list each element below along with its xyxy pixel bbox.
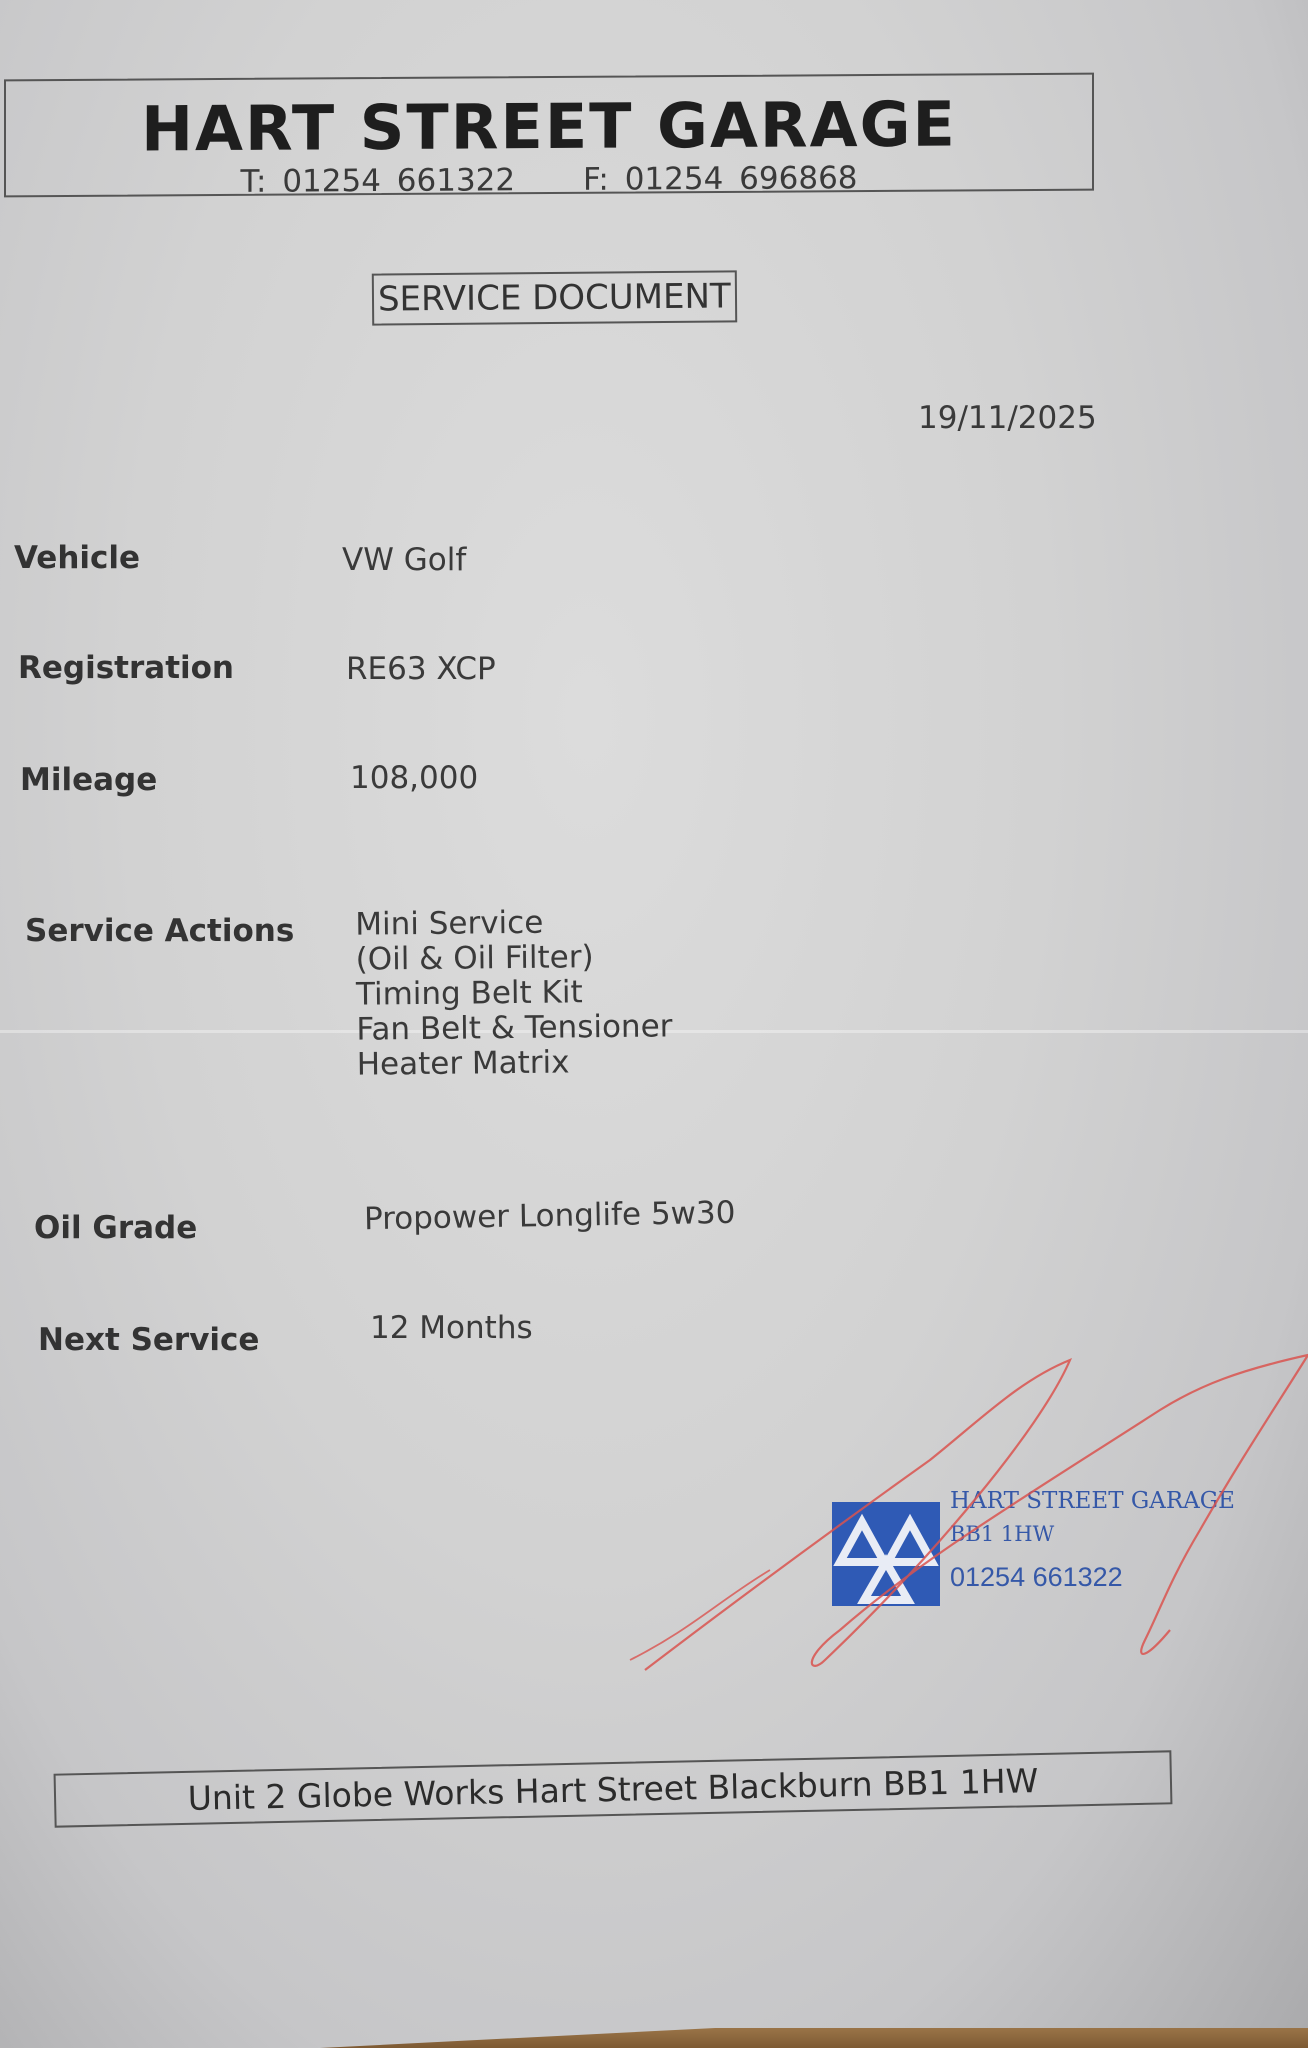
oil-grade-value: Propower Longlife 5w30 xyxy=(364,1195,736,1237)
contact-numbers: T: 01254 661322 F: 01254 696868 xyxy=(6,159,1092,202)
telephone-number: T: 01254 661322 xyxy=(240,162,515,200)
service-action-item: Fan Belt & Tensioner xyxy=(356,1009,672,1047)
garage-name: HART STREET GARAGE xyxy=(6,87,1092,167)
stamp-phone: 01254 661322 xyxy=(950,1562,1123,1593)
document-title: SERVICE DOCUMENT xyxy=(372,270,737,325)
registration-value: RE63 XCP xyxy=(346,651,496,687)
document-date: 19/11/2025 xyxy=(918,400,1097,436)
mileage-label: Mileage xyxy=(20,762,157,798)
registration-label: Registration xyxy=(18,650,234,686)
next-service-value: 12 Months xyxy=(370,1310,533,1346)
mot-triangles-icon xyxy=(832,1502,940,1606)
vehicle-value: VW Golf xyxy=(342,542,466,578)
fax-number: F: 01254 696868 xyxy=(583,160,858,198)
service-actions-label: Service Actions xyxy=(25,913,294,949)
letterhead-box: HART STREET GARAGE T: 01254 661322 F: 01… xyxy=(4,73,1094,198)
vehicle-label: Vehicle xyxy=(14,540,140,576)
garage-stamp: HART STREET GARAGE BB1 1HW 01254 661322 xyxy=(832,1474,1262,1614)
stamp-garage-name: HART STREET GARAGE xyxy=(950,1488,1235,1514)
service-action-item: (Oil & Oil Filter) xyxy=(355,939,671,977)
service-action-item: Timing Belt Kit xyxy=(356,974,672,1012)
service-action-item: Mini Service xyxy=(355,904,671,942)
stamp-postcode: BB1 1HW xyxy=(950,1522,1054,1546)
mileage-value: 108,000 xyxy=(350,760,478,796)
service-actions-list: Mini Service (Oil & Oil Filter) Timing B… xyxy=(355,904,673,1082)
service-action-item: Heater Matrix xyxy=(357,1044,673,1082)
next-service-label: Next Service xyxy=(38,1322,259,1358)
oil-grade-label: Oil Grade xyxy=(34,1210,197,1246)
